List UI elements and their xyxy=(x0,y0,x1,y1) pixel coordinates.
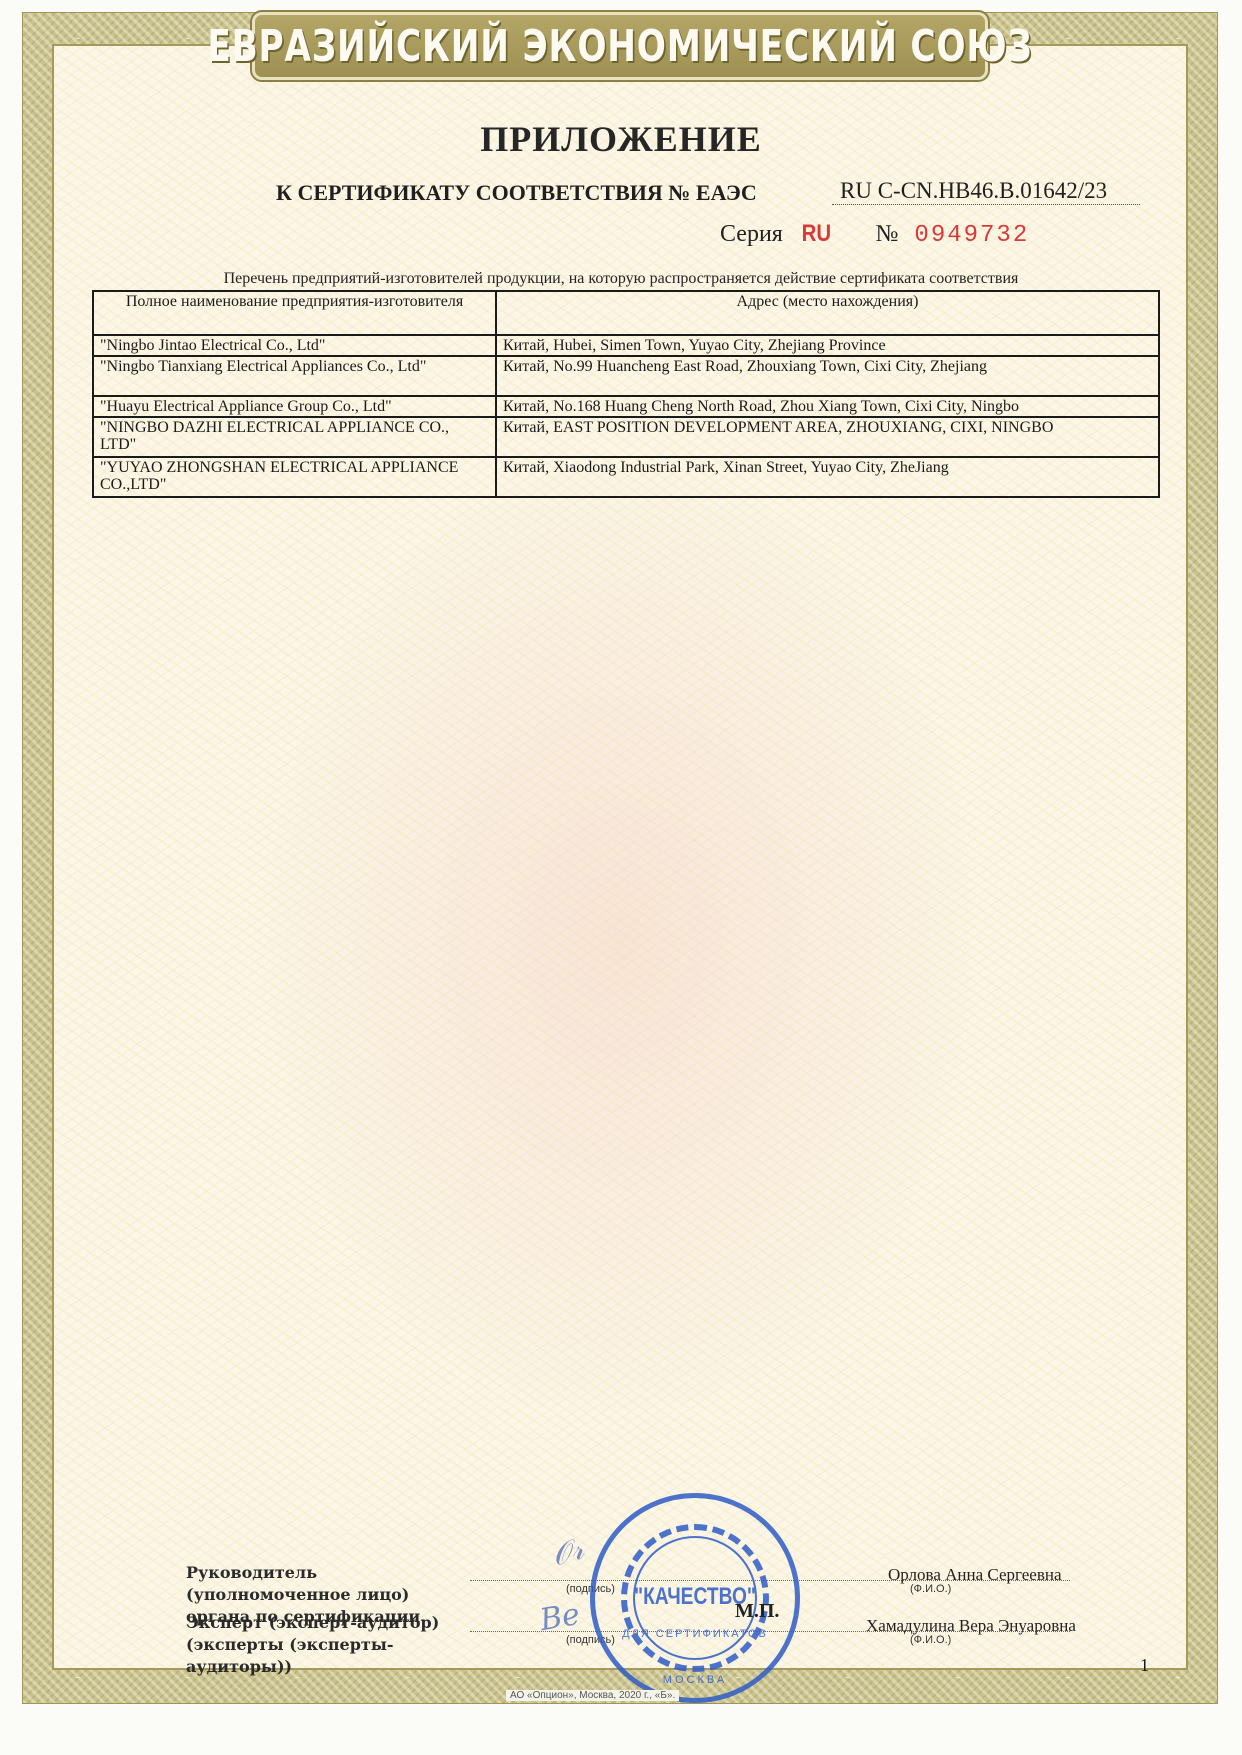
manufacturers-table: Полное наименование предприятия-изготови… xyxy=(92,290,1160,498)
series-value: RU xyxy=(801,220,830,248)
handwritten-signature-icon: 𝐵𝑒 xyxy=(537,1597,582,1638)
printer-imprint: АО «Опцион», Москва, 2020 г., «Б». xyxy=(506,1690,679,1701)
column-header-address: Адрес (место нахождения) xyxy=(496,291,1159,335)
serial-number: 0949732 xyxy=(914,222,1029,249)
expert-name: Хамадулина Вера Энуаровна xyxy=(866,1616,1076,1636)
table-row: "Ningbo Tianxiang Electrical Appliances … xyxy=(93,356,1159,396)
page-number: 1 xyxy=(1140,1655,1149,1676)
manufacturer-address: Китай, Xiaodong Industrial Park, Xinan S… xyxy=(496,457,1159,497)
manufacturer-address: Китай, No.99 Huancheng East Road, Zhouxi… xyxy=(496,356,1159,396)
manufacturer-address: Китай, No.168 Huang Cheng North Road, Zh… xyxy=(496,396,1159,417)
expert-label: Эксперт (эксперт-аудитор) (эксперты (экс… xyxy=(186,1612,476,1678)
manufacturer-name: "Ningbo Jintao Electrical Co., Ltd" xyxy=(93,335,496,356)
manufacturer-address: Китай, Hubei, Simen Town, Yuyao City, Zh… xyxy=(496,335,1159,356)
series-label: Серия xyxy=(720,221,783,247)
seal-mark: М.П. xyxy=(735,1600,779,1623)
seal-stamp-icon: "КАЧЕСТВО" ДЛЯ СЕРТИФИКАТОВ МОСКВА xyxy=(590,1493,800,1703)
number-label: № xyxy=(876,221,899,247)
manufacturer-address: Китай, EAST POSITION DEVELOPMENT AREA, Z… xyxy=(496,417,1159,457)
table-row: "YUYAO ZHONGSHAN ELECTRICAL APPLIANCE CO… xyxy=(93,457,1159,497)
table-header-row: Полное наименование предприятия-изготови… xyxy=(93,291,1159,335)
stamp-sub-text: ДЛЯ СЕРТИФИКАТОВ xyxy=(595,1628,795,1640)
table-row: "Huayu Electrical Appliance Group Co., L… xyxy=(93,396,1159,417)
head-name: Орлова Анна Сергеевна xyxy=(888,1565,1062,1585)
banner-title: ЕВРАЗИЙСКИЙ ЭКОНОМИЧЕСКИЙ СОЮЗ xyxy=(207,21,1032,72)
manufacturer-name: "Huayu Electrical Appliance Group Co., L… xyxy=(93,396,496,417)
manufacturer-name: "YUYAO ZHONGSHAN ELECTRICAL APPLIANCE CO… xyxy=(93,457,496,497)
stamp-city-text: МОСКВА xyxy=(595,1674,795,1686)
certificate-number: RU C-CN.HB46.B.01642/23 xyxy=(832,178,1140,205)
manufacturer-name: "Ningbo Tianxiang Electrical Appliances … xyxy=(93,356,496,396)
list-caption: Перечень предприятий-изготовителей проду… xyxy=(0,270,1242,288)
manufacturer-name: "NINGBO DAZHI ELECTRICAL APPLIANCE CO., … xyxy=(93,417,496,457)
column-header-name: Полное наименование предприятия-изготови… xyxy=(93,291,496,335)
certificate-label: К СЕРТИФИКАТУ СООТВЕТСТВИЯ № ЕАЭС xyxy=(276,180,757,206)
series-row: Серия RU № 0949732 xyxy=(720,220,1029,249)
page-title: ПРИЛОЖЕНИЕ xyxy=(0,118,1242,160)
header-banner: ЕВРАЗИЙСКИЙ ЭКОНОМИЧЕСКИЙ СОЮЗ xyxy=(252,12,988,80)
table-row: "NINGBO DAZHI ELECTRICAL APPLIANCE CO., … xyxy=(93,417,1159,457)
table-row: "Ningbo Jintao Electrical Co., Ltd" Кита… xyxy=(93,335,1159,356)
